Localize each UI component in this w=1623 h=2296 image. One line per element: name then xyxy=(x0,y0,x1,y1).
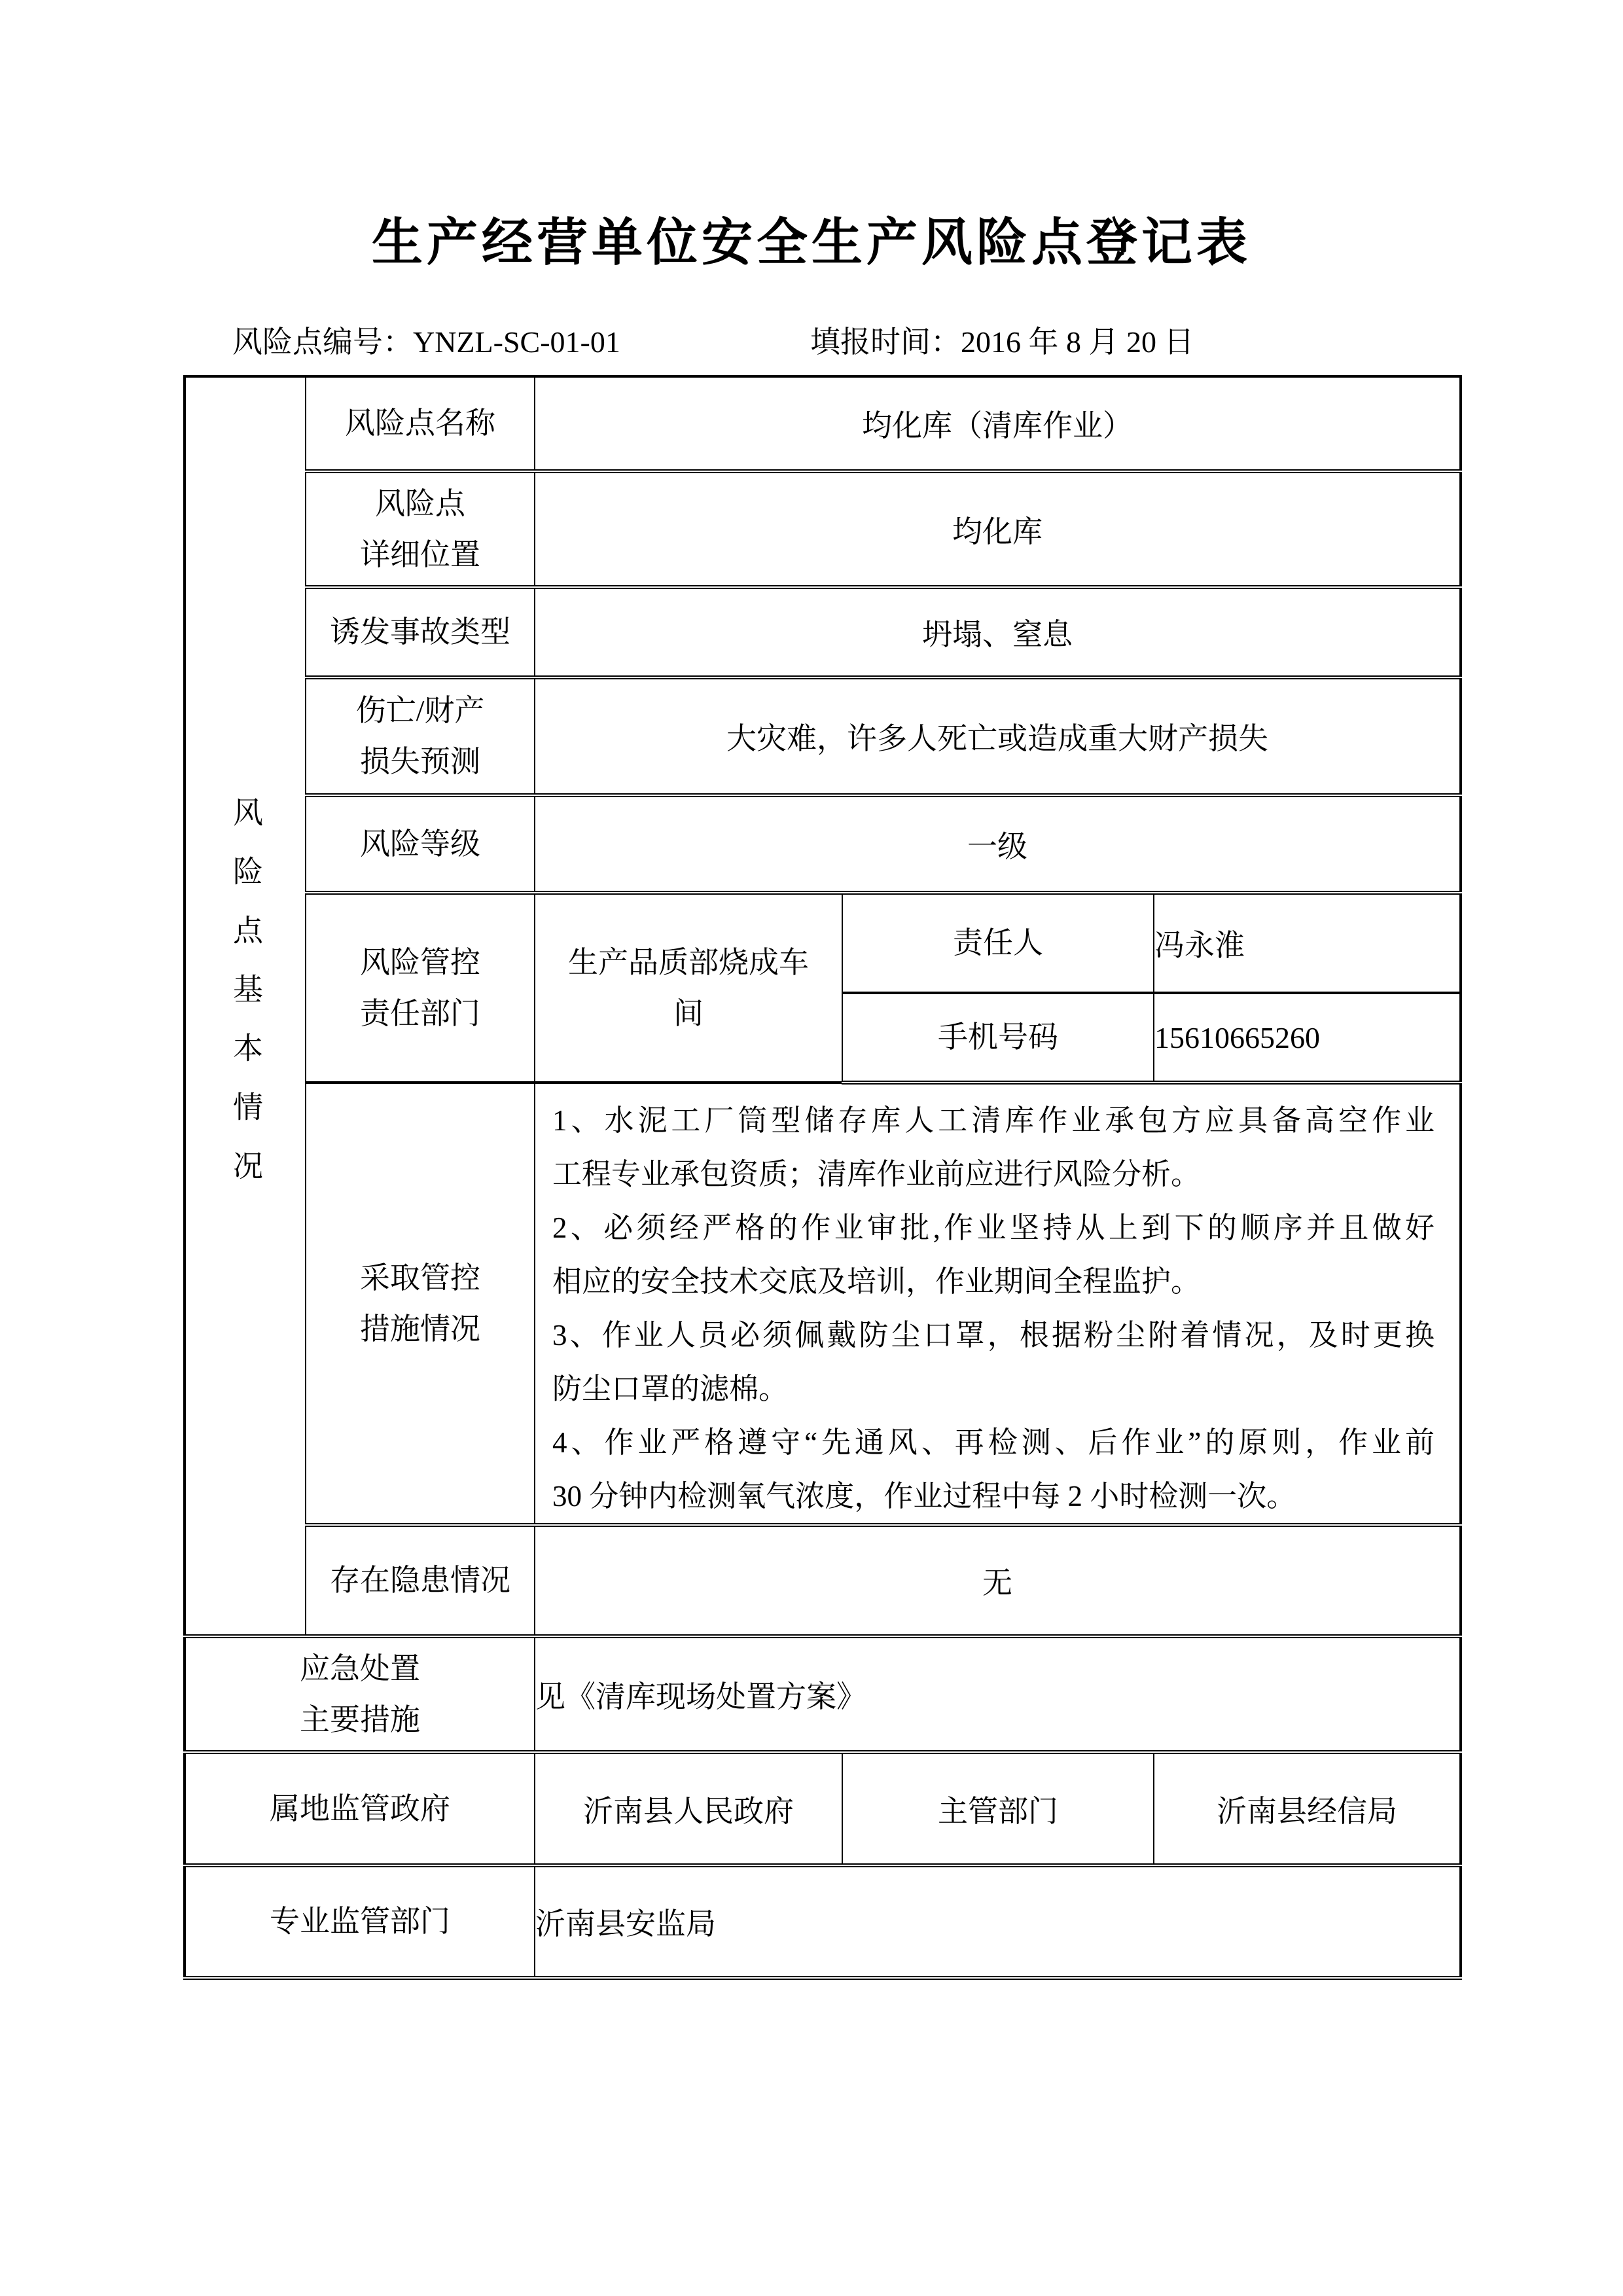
measure-line: 30 分钟内检测氧气浓度，作业过程中每 2 小时检测一次。 xyxy=(552,1469,1435,1523)
control-measures-value: 1、水泥工厂筒型储存库人工清库作业承包方应具备高空作业 工程专业承包资质；清库作… xyxy=(535,1083,1461,1525)
hazards-label: 存在隐患情况 xyxy=(306,1525,535,1636)
control-dept-label: 风险管控 责任部门 xyxy=(306,893,535,1083)
risk-location-label-line1: 风险点 xyxy=(306,478,534,529)
professional-dept-value: 沂南县安监局 xyxy=(535,1865,1461,1978)
emergency-label-line1: 应急处置 xyxy=(186,1643,534,1695)
risk-level-value: 一级 xyxy=(535,795,1461,893)
control-dept-value-line1: 生产品质部烧成车 xyxy=(535,937,842,988)
control-dept-label-line1: 风险管控 xyxy=(306,937,534,988)
risk-register-table: 风险点基本情况 风险点名称 均化库（清库作业） 风险点 详细位置 均化库 诱发事… xyxy=(183,375,1462,1980)
accident-type-label: 诱发事故类型 xyxy=(306,587,535,677)
measure-line: 1、水泥工厂筒型储存库人工清库作业承包方应具备高空作业 xyxy=(552,1094,1435,1147)
risk-location-value: 均化库 xyxy=(535,471,1461,587)
accident-type-value: 坍塌、窒息 xyxy=(535,587,1461,677)
document-page: 生产经营单位安全生产风险点登记表 风险点编号：YNZL-SC-01-01 填报时… xyxy=(0,0,1623,2296)
competent-dept-label: 主管部门 xyxy=(842,1752,1154,1865)
loss-forecast-value: 大灾难，许多人死亡或造成重大财产损失 xyxy=(535,677,1461,795)
responsible-person-label: 责任人 xyxy=(842,893,1154,993)
phone-number-value: 15610665260 xyxy=(1154,993,1461,1083)
risk-name-label: 风险点名称 xyxy=(306,376,535,471)
fill-date-label: 填报时间： xyxy=(810,325,961,359)
emergency-label-line2: 主要措施 xyxy=(186,1695,534,1746)
emergency-label: 应急处置 主要措施 xyxy=(185,1636,535,1752)
control-measures-label-line2: 措施情况 xyxy=(306,1304,534,1355)
phone-number-label: 手机号码 xyxy=(842,993,1154,1083)
risk-point-number-label: 风险点编号： xyxy=(232,325,413,359)
measure-line: 2、必须经严格的作业审批,作业坚持从上到下的顺序并且做好 xyxy=(552,1201,1435,1255)
risk-name-value: 均化库（清库作业） xyxy=(535,376,1461,471)
measure-line: 工程专业承包资质；清库作业前应进行风险分析。 xyxy=(552,1147,1435,1201)
competent-dept-value: 沂南县经信局 xyxy=(1154,1752,1461,1865)
measure-line: 相应的安全技术交底及培训，作业期间全程监护。 xyxy=(552,1255,1435,1308)
loss-forecast-label: 伤亡/财产 损失预测 xyxy=(306,677,535,795)
control-measures-label-line1: 采取管控 xyxy=(306,1253,534,1304)
control-dept-value: 生产品质部烧成车 间 xyxy=(535,893,842,1083)
risk-location-label-line2: 详细位置 xyxy=(306,529,534,581)
professional-dept-label: 专业监管部门 xyxy=(185,1865,535,1978)
section-basic-side-label: 风险点基本情况 xyxy=(230,797,260,1209)
control-measures-label: 采取管控 措施情况 xyxy=(306,1083,535,1525)
risk-location-label: 风险点 详细位置 xyxy=(306,471,535,587)
loss-forecast-label-line1: 伤亡/财产 xyxy=(306,685,534,736)
local-gov-label: 属地监管政府 xyxy=(185,1752,535,1865)
risk-point-number: 风险点编号：YNZL-SC-01-01 xyxy=(232,318,620,361)
fill-date-value: 2016 年 8 月 20 日 xyxy=(961,325,1194,359)
measure-line: 3、作业人员必须佩戴防尘口罩，根据粉尘附着情况，及时更换 xyxy=(552,1308,1435,1362)
measure-line: 4、作业严格遵守“先通风、再检测、后作业”的原则，作业前 xyxy=(552,1416,1435,1469)
page-title: 生产经营单位安全生产风险点登记表 xyxy=(0,202,1623,275)
control-dept-label-line2: 责任部门 xyxy=(306,988,534,1039)
section-basic-side-cell: 风险点基本情况 xyxy=(185,376,306,1636)
risk-point-number-value: YNZL-SC-01-01 xyxy=(413,325,620,359)
control-dept-value-line2: 间 xyxy=(535,988,842,1039)
local-gov-value: 沂南县人民政府 xyxy=(535,1752,842,1865)
loss-forecast-label-line2: 损失预测 xyxy=(306,736,534,787)
risk-level-label: 风险等级 xyxy=(306,795,535,893)
measure-line: 防尘口罩的滤棉。 xyxy=(552,1362,1435,1416)
responsible-person-value: 冯永淮 xyxy=(1154,893,1461,993)
emergency-value: 见《清库现场处置方案》 xyxy=(535,1636,1461,1752)
hazards-value: 无 xyxy=(535,1525,1461,1636)
control-measures-text: 1、水泥工厂筒型储存库人工清库作业承包方应具备高空作业 工程专业承包资质；清库作… xyxy=(535,1085,1459,1523)
fill-date: 填报时间：2016 年 8 月 20 日 xyxy=(810,318,1194,361)
